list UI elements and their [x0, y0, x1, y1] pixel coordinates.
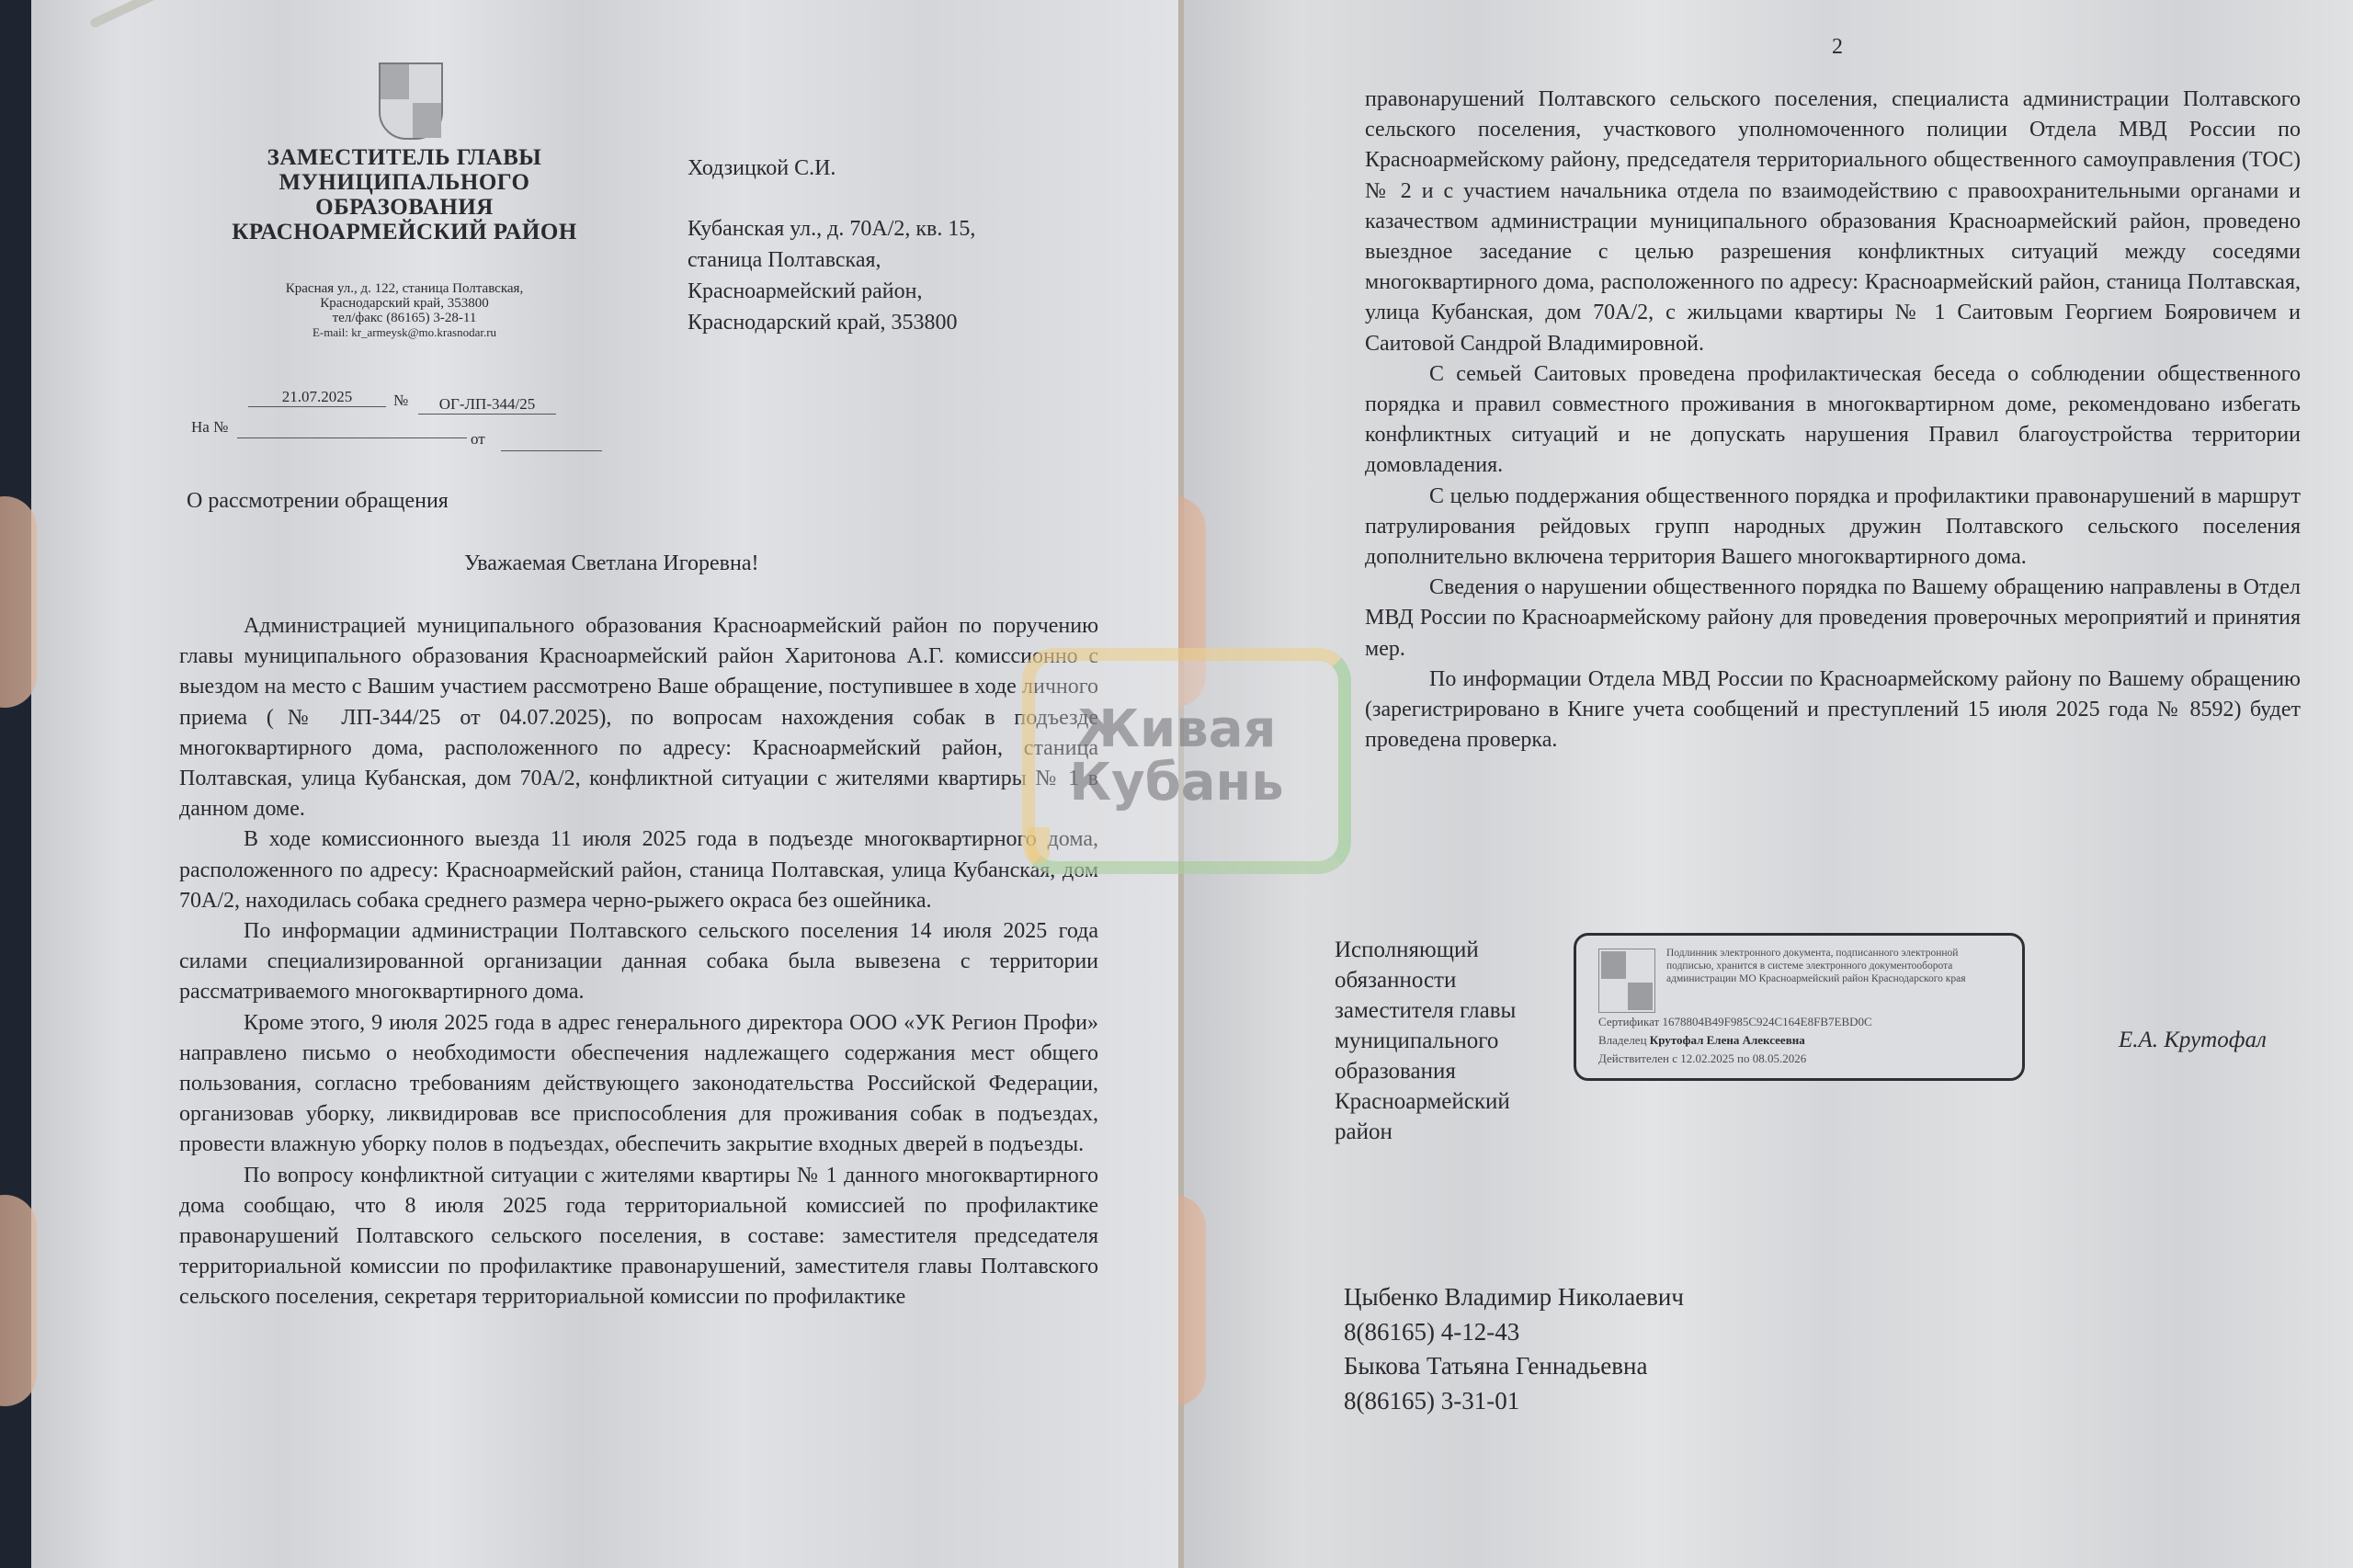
- paragraph: По информации администрации Полтавского …: [179, 916, 1098, 1008]
- signature-certificate: Сертификат 1678804B49F985C924C164E8FB7EB…: [1598, 1015, 1872, 1029]
- executor-phone: 8(86165) 3-31-01: [1344, 1384, 1684, 1419]
- paragraph: С целью поддержания общественного порядк…: [1365, 482, 2301, 574]
- organization-contacts: Красная ул., д. 122, станица Полтавская,…: [230, 281, 579, 340]
- paragraph: Администрацией муниципального образовани…: [179, 611, 1098, 824]
- reference-blank-line: [237, 437, 467, 438]
- paragraph: По информации Отдела МВД России по Красн…: [1365, 665, 2301, 756]
- letter-subject: О рассмотрении обращения: [187, 489, 449, 514]
- watermark-bubble-tail: [1028, 827, 1050, 864]
- registration-date: 21.07.2025: [248, 388, 386, 407]
- registration-number: ОГ-ЛП-344/25: [418, 395, 556, 415]
- recipient-name: Ходзицкой С.И.: [688, 153, 975, 184]
- electronic-signature-stamp: Подлинник электронного документа, подпис…: [1574, 933, 2025, 1081]
- recipient-block: Ходзицкой С.И. Кубанская ул., д. 70А/2, …: [688, 153, 975, 338]
- signer-name: Е.А. Крутофал: [2119, 1028, 2267, 1053]
- coat-of-arms-icon: [379, 62, 443, 140]
- signature-owner: Владелец Крутофал Елена Алексеевна: [1598, 1033, 1805, 1048]
- letter-body-page-1: Администрацией муниципального образовани…: [179, 611, 1098, 1313]
- executor-name: Цыбенко Владимир Николаевич: [1344, 1280, 1684, 1315]
- reference-from-label: от: [471, 430, 485, 449]
- executor-phone: 8(86165) 4-12-43: [1344, 1315, 1684, 1350]
- finger-right-bottom: [1178, 1195, 1206, 1406]
- reference-date-blank-line: [501, 450, 602, 451]
- org-address-line2: Краснодарский край, 353800: [230, 296, 579, 311]
- executor-contacts: Цыбенко Владимир Николаевич 8(86165) 4-1…: [1344, 1280, 1684, 1418]
- finger-left-top: [0, 496, 37, 708]
- finger-left-bottom: [0, 1195, 37, 1406]
- paragraph: В ходе комиссионного выезда 11 июля 2025…: [179, 824, 1098, 916]
- signature-validity: Действителен с 12.02.2025 по 08.05.2026: [1598, 1051, 1806, 1066]
- organization-title: ЗАМЕСТИТЕЛЬ ГЛАВЫ МУНИЦИПАЛЬНОГО ОБРАЗОВ…: [221, 145, 588, 244]
- paragraph: Кроме этого, 9 июля 2025 года в адрес ге…: [179, 1008, 1098, 1161]
- paragraph-continuation: правонарушений Полтавского сельского пос…: [1365, 85, 2301, 359]
- org-email: E-mail: kr_armeysk@mo.krasnodar.ru: [230, 325, 579, 340]
- number-sign: №: [393, 392, 408, 410]
- paragraph: С семьей Саитовых проведена профилактиче…: [1365, 359, 2301, 482]
- reference-label: На №: [191, 418, 228, 437]
- executor-name: Быкова Татьяна Геннадьевна: [1344, 1349, 1684, 1384]
- page-number: 2: [1832, 35, 1843, 60]
- paragraph: Сведения о нарушении общественного поряд…: [1365, 573, 2301, 665]
- org-phone: тел/факс (86165) 3-28-11: [230, 311, 579, 325]
- recipient-address: Кубанская ул., д. 70А/2, кв. 15, станица…: [688, 213, 975, 338]
- letter-body-page-2: правонарушений Полтавского сельского пос…: [1365, 85, 2301, 756]
- signer-position: Исполняющий обязанности заместителя глав…: [1335, 935, 1516, 1147]
- paragraph: По вопросу конфликтной ситуации с жителя…: [179, 1161, 1098, 1313]
- signature-note: Подлинник электронного документа, подпис…: [1666, 947, 2006, 985]
- photo-page-1: ЗАМЕСТИТЕЛЬ ГЛАВЫ МУНИЦИПАЛЬНОГО ОБРАЗОВ…: [0, 0, 1178, 1568]
- letter-greeting: Уважаемая Светлана Игоревна!: [464, 551, 758, 576]
- org-address-line1: Красная ул., д. 122, станица Полтавская,: [230, 281, 579, 296]
- watermark-logo: Живая Кубань: [1057, 703, 1296, 810]
- coat-of-arms-icon: [1598, 949, 1655, 1013]
